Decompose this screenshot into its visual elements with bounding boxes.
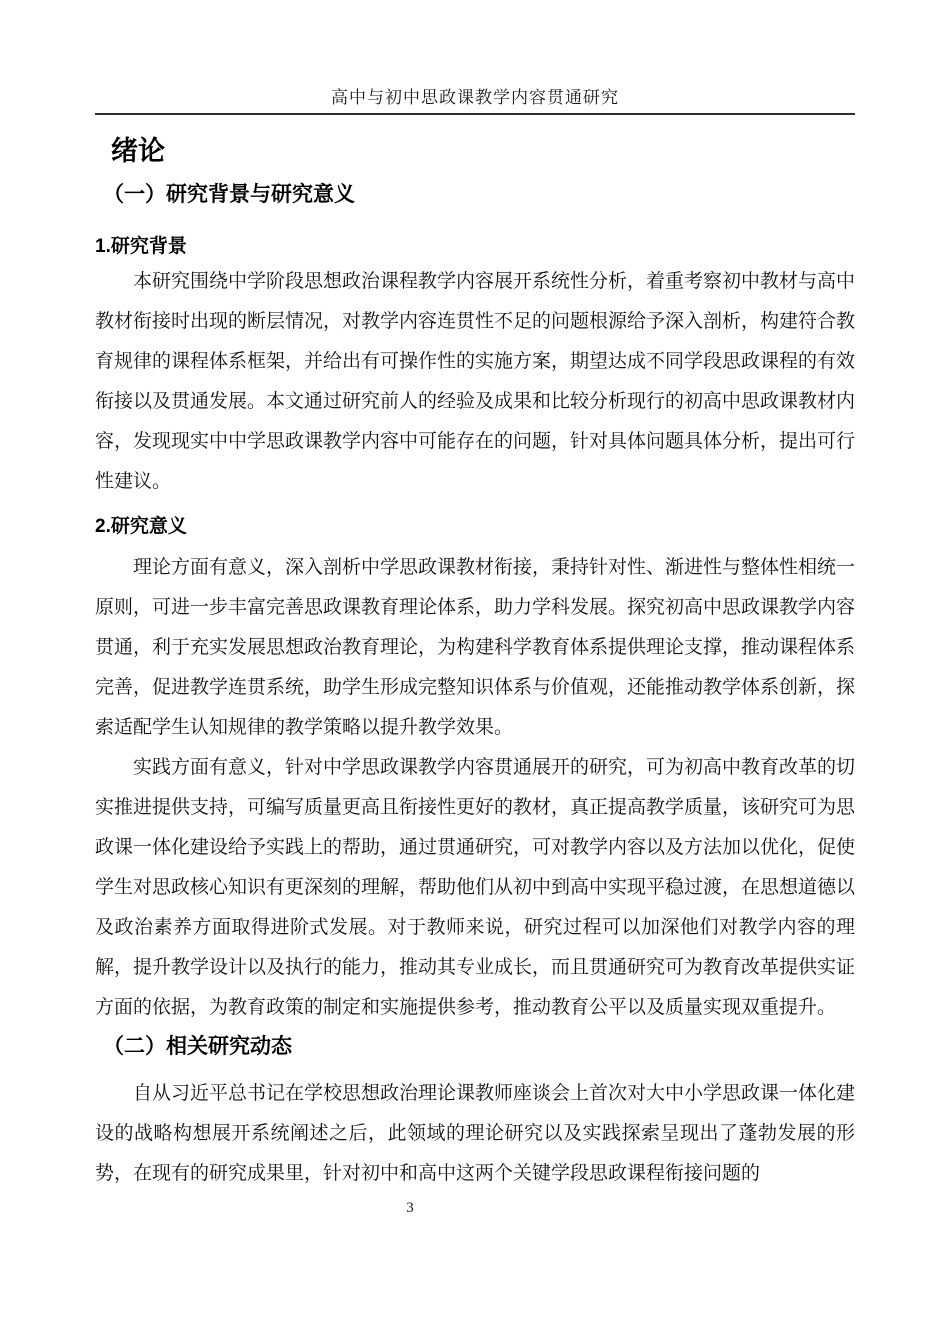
subsection-heading-research-background: 1.研究背景 bbox=[95, 234, 855, 260]
chapter-title: 绪论 bbox=[95, 136, 855, 166]
section-heading-background-significance: （一）研究背景与研究意义 bbox=[95, 182, 855, 208]
subsection-heading-research-significance: 2.研究意义 bbox=[95, 514, 855, 540]
paragraph-theoretical-significance: 理论方面有意义，深入剖析中学思政课教材衔接，秉持针对性、渐进性与整体性相统一原则… bbox=[95, 548, 855, 748]
running-head-title: 高中与初中思政课教学内容贯通研究 bbox=[95, 86, 855, 115]
page-number: 3 bbox=[95, 1200, 725, 1217]
section-heading-related-research: （二）相关研究动态 bbox=[95, 1034, 855, 1060]
paragraph-related-research-trends: 自从习近平总书记在学校思想政治理论课教师座谈会上首次对大中小学思政课一体化建设的… bbox=[95, 1074, 855, 1194]
document-page: 高中与初中思政课教学内容贯通研究 绪论 （一）研究背景与研究意义 1.研究背景 … bbox=[0, 0, 950, 1344]
paragraph-research-background: 本研究围绕中学阶段思想政治课程教学内容展开系统性分析，着重考察初中教材与高中教材… bbox=[95, 262, 855, 502]
paragraph-practical-significance: 实践方面有意义，针对中学思政课教学内容贯通展开的研究，可为初高中教育改革的切实推… bbox=[95, 748, 855, 1028]
